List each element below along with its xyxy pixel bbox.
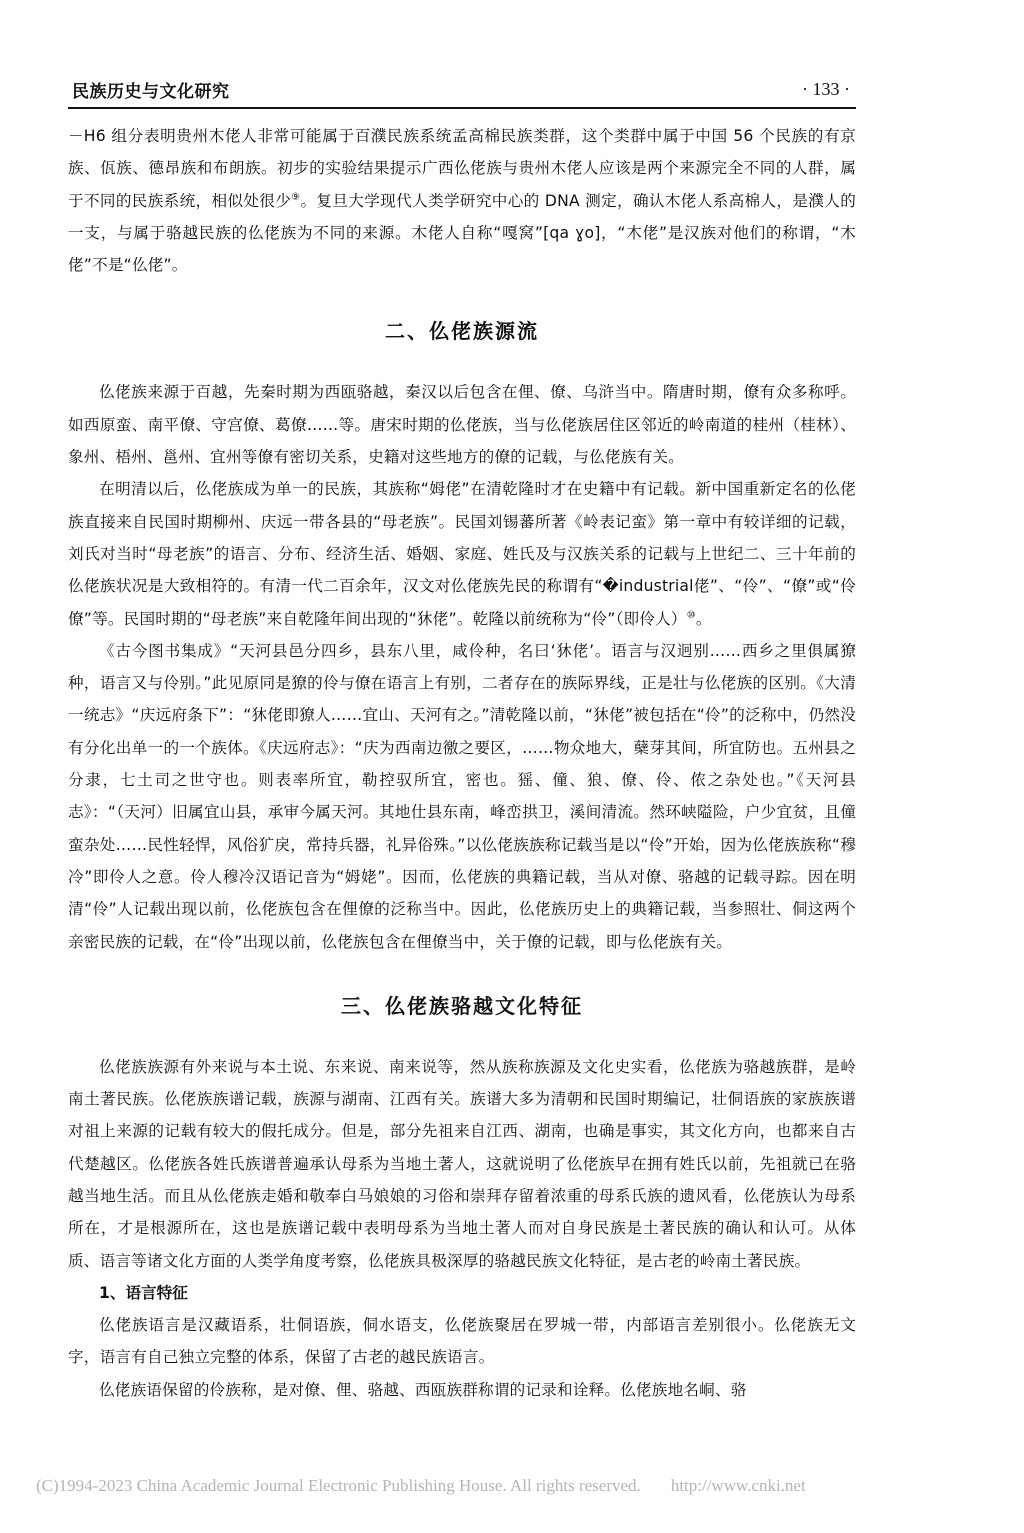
journal-page: 民族历史与文化研究 · 133 · －H6 组分表明贵州木佬人非常可能属于百濮民… [0,0,1024,1533]
cnki-link[interactable]: http://www.cnki.net [671,1476,806,1495]
paragraph: 《古今图书集成》“天河县邑分四乡，县东八里，咸伶种，名曰‘狇佬’。语言与汉迥别…… [68,635,856,958]
section-title-2: 二、仫佬族源流 [68,315,856,344]
paragraph: 仫佬族来源于百越，先秦时期为西瓯骆越，秦汉以后包含在俚、僚、乌浒当中。隋唐时期，… [68,376,856,473]
paragraph: 仫佬族语言是汉藏语系，壮侗语族，侗水语支，仫佬族聚居在罗城一带，内部语言差别很小… [68,1309,856,1374]
section-title-3: 三、仫佬族骆越文化特征 [68,990,856,1019]
continued-paragraph: －H6 组分表明贵州木佬人非常可能属于百濮民族系统孟高棉民族类群，这个类群中属于… [68,120,856,281]
paragraph: 仫佬族语保留的伶族称，是对僚、俚、骆越、西瓯族群称谓的记录和诠释。仫佬族地名峒、… [68,1374,856,1406]
copyright-footer: (C)1994-2023 China Academic Journal Elec… [36,1476,896,1496]
page-number: · 133 · [802,79,850,100]
subsection-title-language: 1、语言特征 [68,1277,856,1309]
journal-name: 民族历史与文化研究 [72,77,230,102]
paragraph: 仫佬族族源有外来说与本土说、东来说、南来说等，然从族称族源及文化史实看，仫佬族为… [68,1051,856,1277]
paragraph: 在明清以后，仫佬族成为单一的民族，其族称“姆佬”在清乾隆时才在史籍中有记载。新中… [68,473,856,634]
article-body: －H6 组分表明贵州木佬人非常可能属于百濮民族系统孟高棉民族类群，这个类群中属于… [68,120,856,1406]
header-rule [68,107,856,109]
running-header: 民族历史与文化研究 · 133 · [72,74,856,104]
footnote-marker-10[interactable]: ⑩ [687,609,696,620]
copyright-text: (C)1994-2023 China Academic Journal Elec… [36,1476,641,1495]
